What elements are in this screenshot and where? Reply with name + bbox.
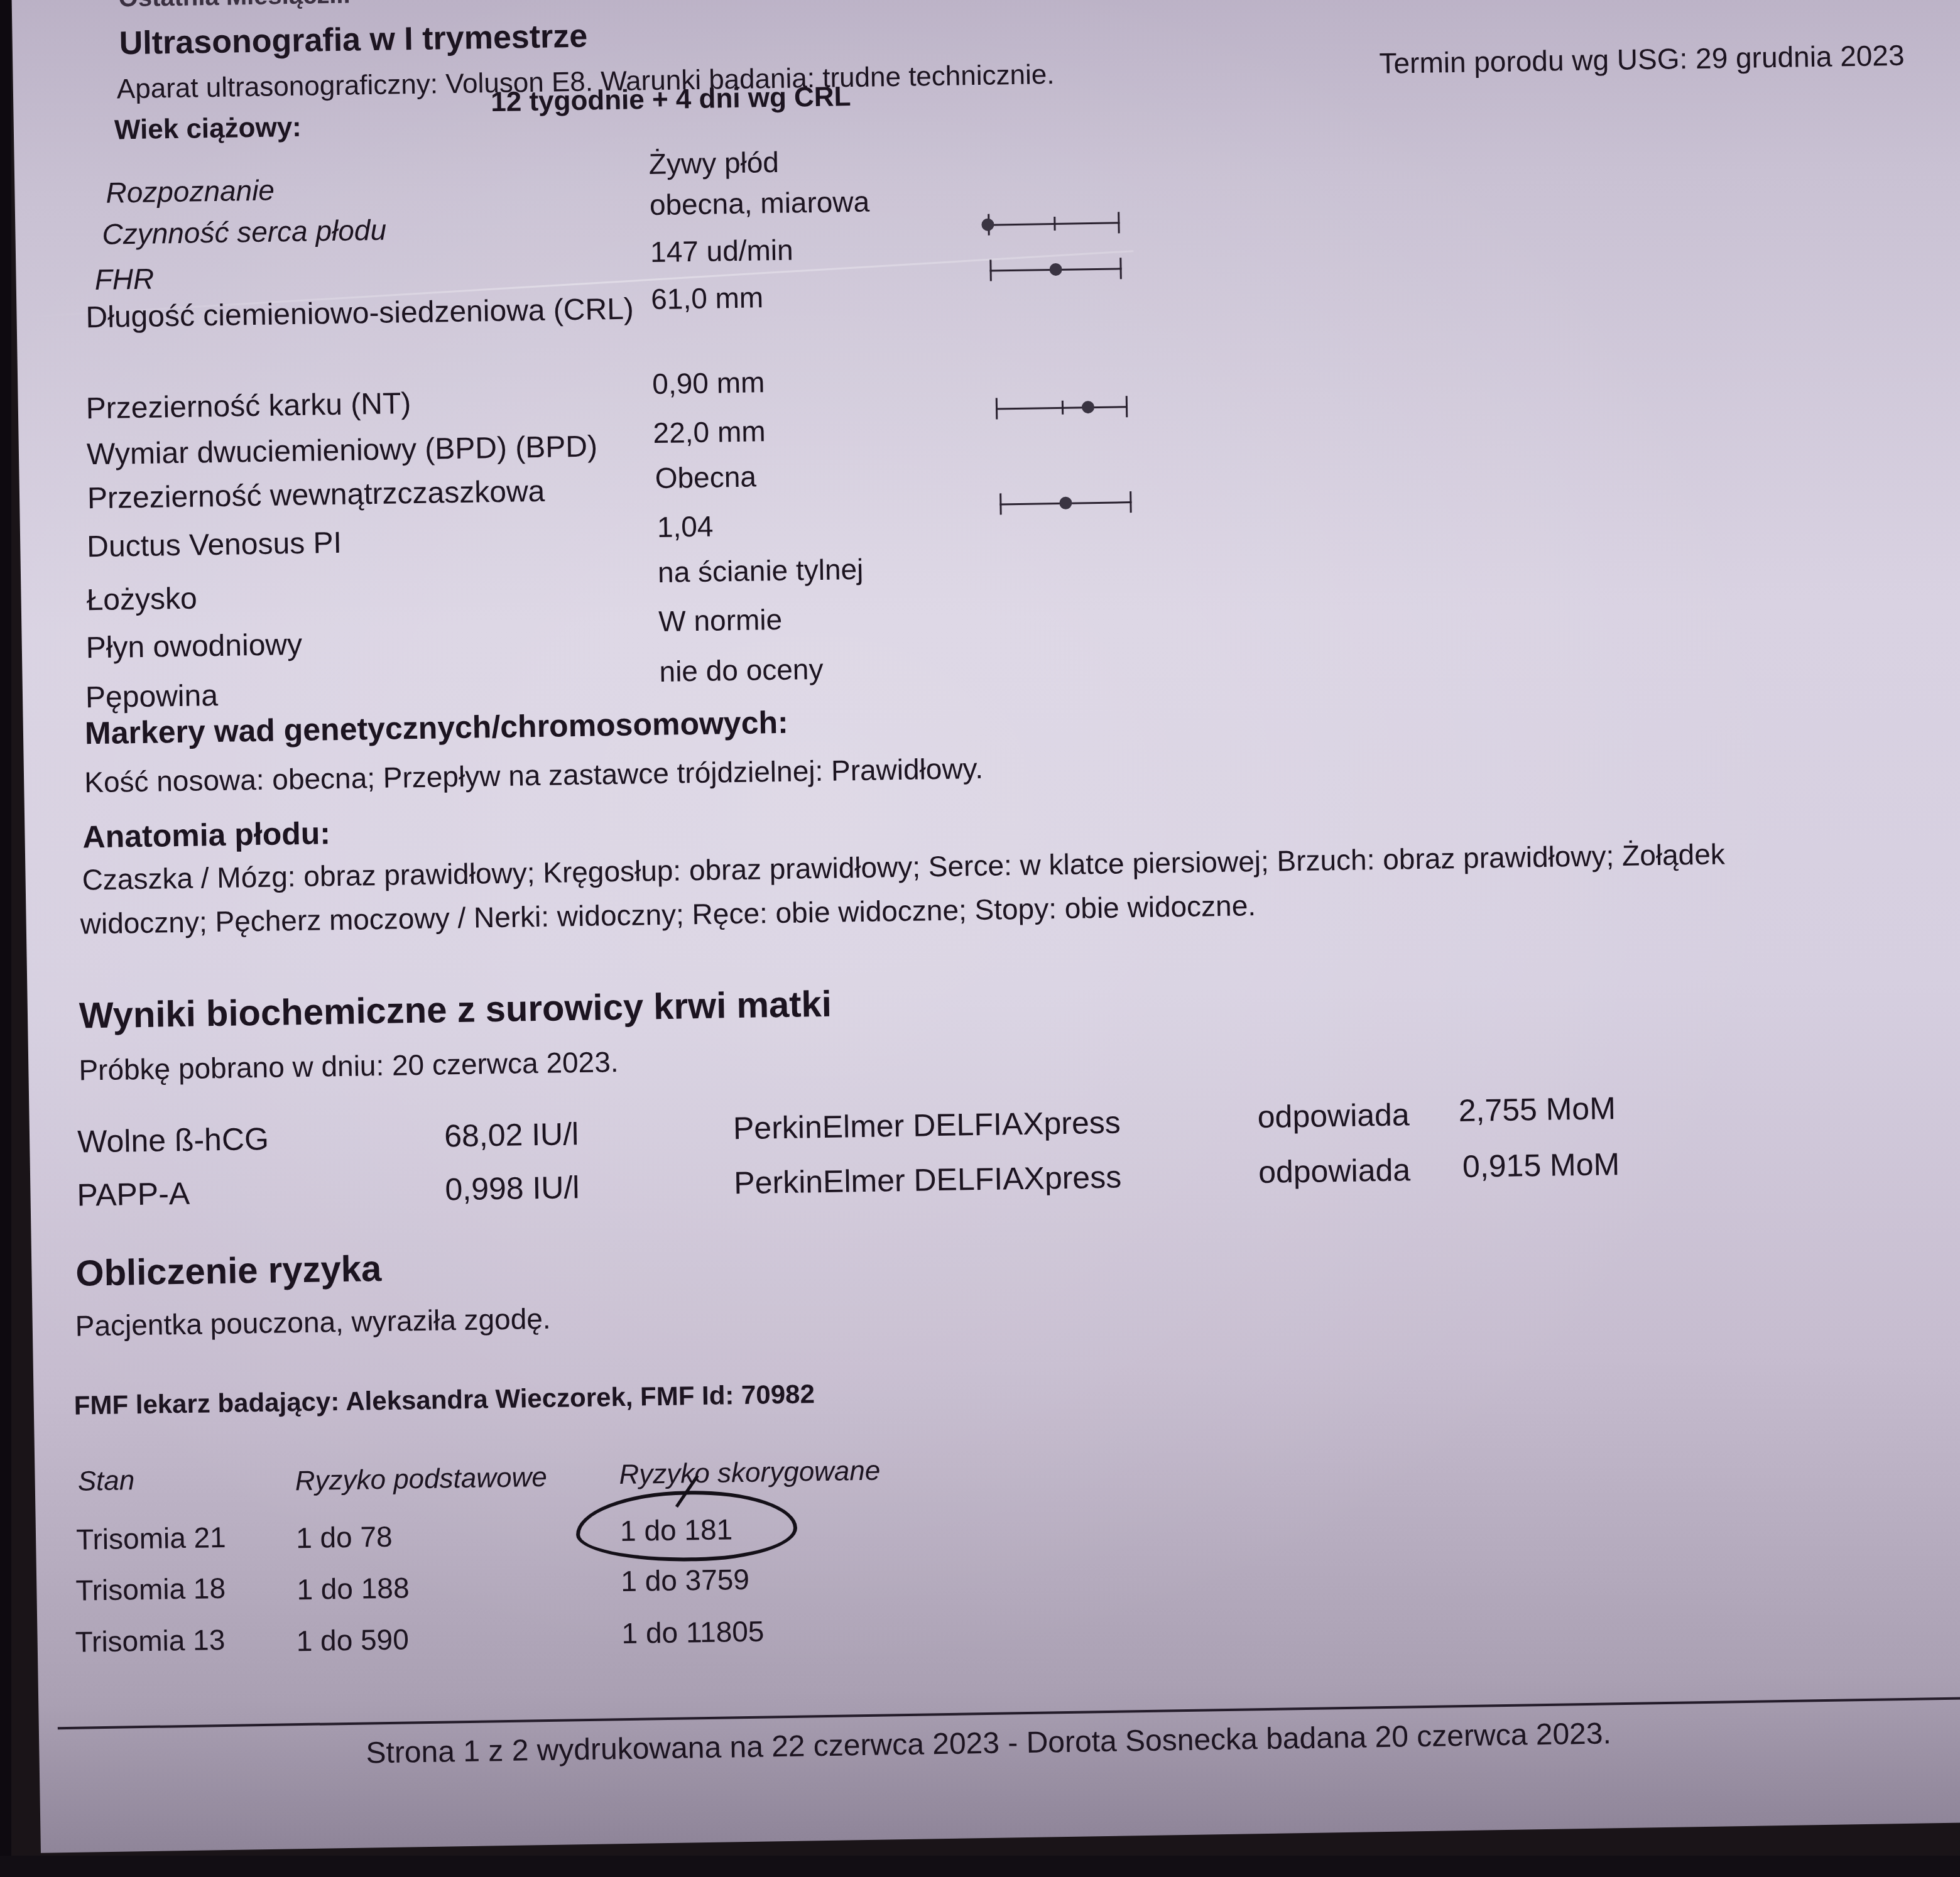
- biochem-value: 0,998 IU/l: [445, 1169, 580, 1207]
- markers-text: Kość nosowa: obecna; Przepływ na zastawc…: [84, 751, 984, 799]
- risk-condition: Trisomia 13: [75, 1623, 225, 1659]
- risk-adjusted: 1 do 3759: [621, 1562, 749, 1598]
- fhr-range-marker: [988, 212, 1120, 235]
- biochem-value: 68,02 IU/l: [444, 1116, 579, 1154]
- crl-range-marker: [989, 258, 1122, 281]
- risk-header: Stan: [77, 1465, 134, 1497]
- finding-value: obecna, miarowa: [649, 185, 869, 222]
- sample-date: Próbkę pobrano w dniu: 20 czerwca 2023.: [79, 1045, 619, 1087]
- consent-text: Pacjentka pouczona, wyraziła zgodę.: [75, 1302, 551, 1343]
- biochem-method: PerkinElmer DELFIAXpress: [734, 1158, 1122, 1201]
- finding-value: Żywy płód: [648, 145, 779, 181]
- finding-label: Wymiar dwuciemieniowy (BPD) (BPD): [87, 429, 598, 472]
- gestational-age-label: Wiek ciążowy:: [114, 112, 302, 146]
- anatomy-line-2: widoczny; Pęcherz moczowy / Nerki: widoc…: [80, 888, 1256, 940]
- biochem-method: PerkinElmer DELFIAXpress: [733, 1104, 1121, 1146]
- biochem-correspondence: odpowiada: [1258, 1151, 1411, 1190]
- finding-label: Łożysko: [86, 581, 197, 618]
- report-page: Ostatnia Miesiącz... Ultrasonografia w I…: [11, 0, 1960, 1853]
- risk-base: 1 do 590: [296, 1622, 409, 1658]
- due-date: Termin porodu wg USG: 29 grudnia 2023: [1379, 38, 1905, 80]
- finding-label: Czynność serca płodu: [102, 213, 386, 251]
- biochem-name: PAPP-A: [77, 1175, 190, 1214]
- gestational-age-value: 12 tygodnie + 4 dni wg CRL: [491, 81, 851, 118]
- finding-value: na ścianie tylnej: [658, 552, 864, 589]
- finding-value: W normie: [658, 602, 783, 638]
- biochem-title: Wyniki biochemiczne z surowicy krwi matk…: [79, 983, 832, 1037]
- biochem-name: Wolne ß-hCG: [77, 1121, 269, 1160]
- risk-header: Ryzyko podstawowe: [295, 1462, 547, 1497]
- handwritten-circle: [575, 1489, 798, 1564]
- photo-edge-bottom: [0, 1856, 1960, 1877]
- bpd-range-marker: [996, 396, 1128, 419]
- risk-condition: Trisomia 21: [76, 1520, 226, 1557]
- cut-off-heading: Ostatnia Miesiącz...: [118, 0, 351, 13]
- finding-label: Długość ciemieniowo-siedzeniowa (CRL): [85, 292, 634, 335]
- footer-rule: [58, 1696, 1960, 1729]
- finding-label: Płyn owodniowy: [85, 628, 302, 665]
- risk-title: Obliczenie ryzyka: [75, 1248, 382, 1295]
- finding-label: FHR: [94, 261, 154, 296]
- risk-header: Ryzyko skorygowane: [619, 1455, 880, 1491]
- finding-value: 61,0 mm: [651, 280, 764, 316]
- dv-pi-range-marker: [999, 491, 1132, 514]
- biochem-correspondence: odpowiada: [1257, 1096, 1410, 1135]
- page-footer: Strona 1 z 2 wydrukowana na 22 czerwca 2…: [366, 1716, 1611, 1770]
- finding-value: 1,04: [657, 509, 714, 544]
- finding-label: Przezierność karku (NT): [85, 386, 411, 426]
- finding-label: Pępowina: [85, 678, 219, 715]
- finding-value: nie do oceny: [659, 652, 824, 688]
- biochem-mom: 2,755 MoM: [1458, 1090, 1616, 1129]
- finding-value: 0,90 mm: [652, 365, 765, 401]
- anatomy-heading: Anatomia płodu:: [82, 815, 330, 855]
- doctor-line: FMF lekarz badający: Aleksandra Wieczore…: [73, 1379, 815, 1421]
- risk-base: 1 do 188: [297, 1570, 410, 1606]
- finding-label: Rozpoznanie: [106, 173, 275, 209]
- photo-edge-left: [0, 0, 11, 1877]
- finding-value: 22,0 mm: [653, 414, 766, 450]
- biochem-mom: 0,915 MoM: [1462, 1146, 1620, 1185]
- risk-adjusted: 1 do 11805: [621, 1614, 765, 1651]
- finding-value: Obecna: [655, 459, 756, 495]
- risk-base: 1 do 78: [296, 1520, 393, 1555]
- finding-value: 147 ud/min: [650, 233, 793, 269]
- ultrasound-title: Ultrasonografia w I trymestrze: [119, 18, 587, 63]
- finding-label: Ductus Venosus PI: [87, 526, 342, 564]
- risk-condition: Trisomia 18: [75, 1571, 226, 1608]
- finding-label: Przezierność wewnątrzczaszkowa: [87, 474, 545, 516]
